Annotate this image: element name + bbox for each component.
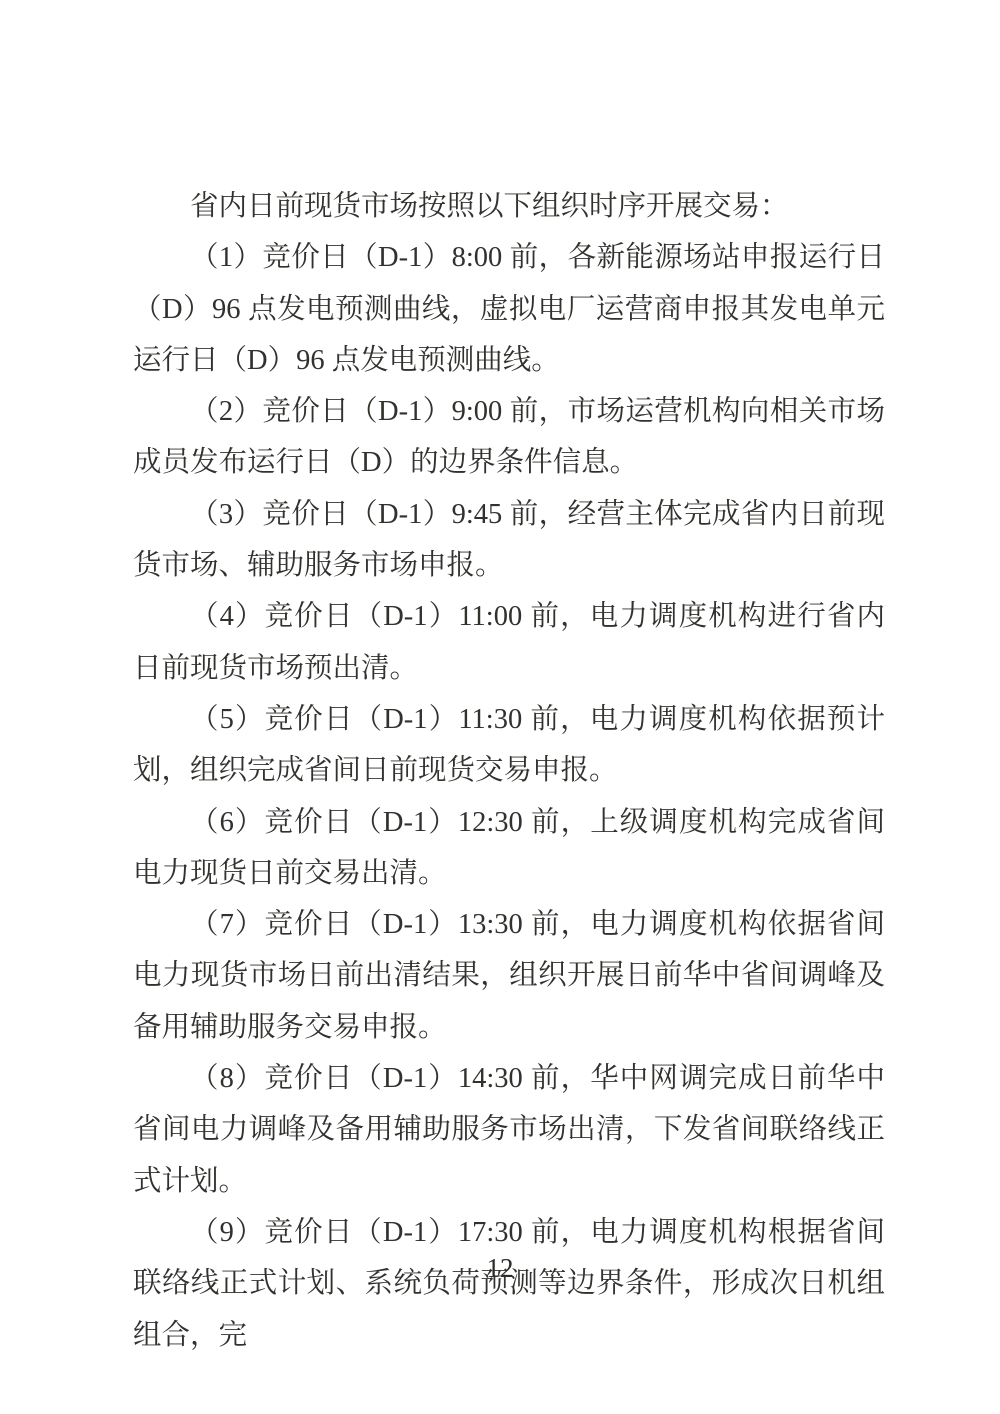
- page-footer: 12: [0, 1251, 1000, 1285]
- paragraph-item-7: （7）竞价日（D-1）13:30 前，电力调度机构依据省间电力现货市场日前出清结…: [133, 899, 885, 1053]
- paragraph-item-2: （2）竞价日（D-1）9:00 前，市场运营机构向相关市场成员发布运行日（D）的…: [133, 386, 885, 489]
- page-number: 12: [487, 1253, 514, 1283]
- paragraph-item-8: （8）竞价日（D-1）14:30 前，华中网调完成日前华中省间电力调峰及备用辅助…: [133, 1053, 885, 1207]
- paragraph-item-3: （3）竞价日（D-1）9:45 前，经营主体完成省内日前现货市场、辅助服务市场申…: [133, 489, 885, 592]
- paragraph-intro: 省内日前现货市场按照以下组织时序开展交易：: [133, 181, 885, 232]
- paragraph-item-6: （6）竞价日（D-1）12:30 前，上级调度机构完成省间电力现货日前交易出清。: [133, 797, 885, 900]
- paragraph-item-1: （1）竞价日（D-1）8:00 前，各新能源场站申报运行日（D）96 点发电预测…: [133, 232, 885, 386]
- text-body: 省内日前现货市场按照以下组织时序开展交易： （1）竞价日（D-1）8:00 前，…: [133, 181, 885, 1361]
- document-page: 省内日前现货市场按照以下组织时序开展交易： （1）竞价日（D-1）8:00 前，…: [0, 0, 1000, 1414]
- paragraph-item-5: （5）竞价日（D-1）11:30 前，电力调度机构依据预计划，组织完成省间日前现…: [133, 694, 885, 797]
- paragraph-item-4: （4）竞价日（D-1）11:00 前，电力调度机构进行省内日前现货市场预出清。: [133, 591, 885, 694]
